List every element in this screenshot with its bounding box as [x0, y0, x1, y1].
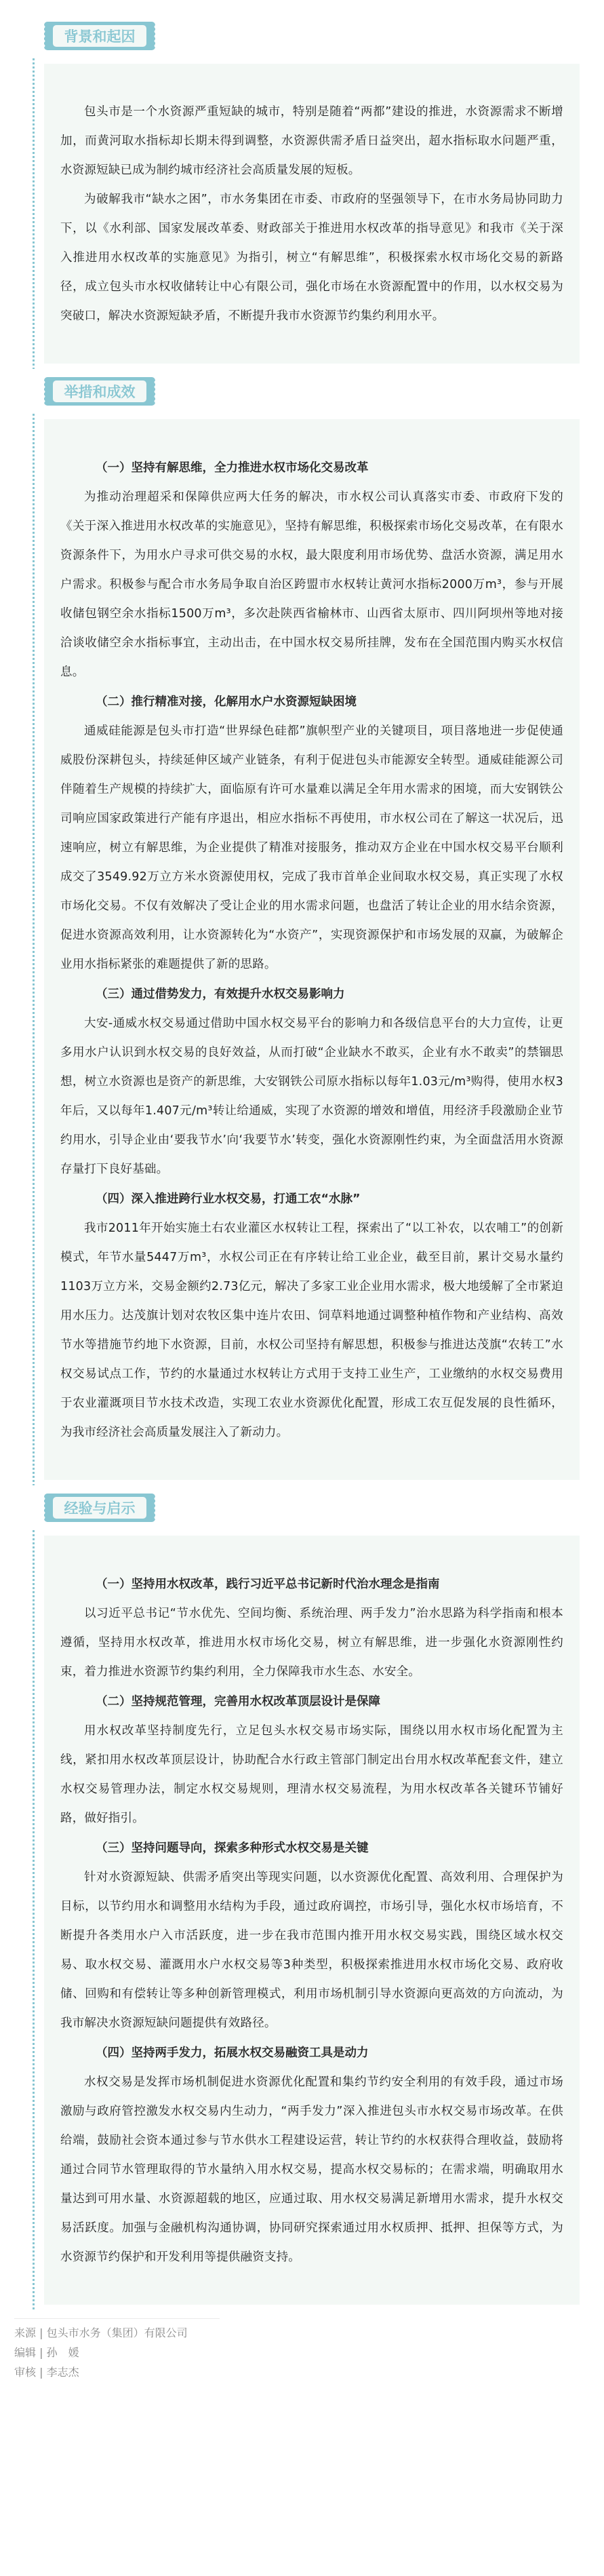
source-credit: 来源 | 包头市水务（集团）有限公司	[14, 2323, 220, 2343]
subheading: （三）通过借势发力，有效提升水权交易影响力	[60, 981, 563, 1008]
dotted-divider	[33, 414, 35, 1485]
paragraph: 通威硅能源是包头市打造“世界绿色硅都”旗帜型产业的关键项目，项目落地进一步促使通…	[60, 717, 563, 979]
paragraph: 用水权改革坚持制度先行，立足包头水权交易市场实际，围绕以用水权市场化配置为主线，…	[60, 1717, 563, 1833]
section-measures: 举措和成效 （一）坚持有解思维，全力推进水权市场化交易改革 为推动治理超采和保障…	[0, 377, 604, 1480]
section-title: 举措和成效	[64, 381, 136, 402]
ticket-badge-icon: 举措和成效	[44, 377, 155, 406]
paragraph: 以习近平总书记“节水优先、空间均衡、系统治理、两手发力”治水思路为科学指南和根本…	[60, 1599, 563, 1687]
reviewer-credit: 审核 | 李志杰	[14, 2362, 220, 2382]
paragraph: 为破解我市“缺水之困”，市水务集团在市委、市政府的坚强领导下，在市水务局协同助力…	[60, 185, 563, 331]
paragraph: 为推动治理超采和保障供应两大任务的解决，市水权公司认真落实市委、市政府下发的《关…	[60, 483, 563, 687]
article: 背景和起因 包头市是一个水资源严重短缺的城市，特别是随着“两都”建设的推进，水资…	[0, 0, 604, 2402]
paragraph: 大安-通威水权交易通过借助中国水权交易平台的影响力和各级信息平台的大力宣传，让更…	[60, 1009, 563, 1184]
subheading: （四）坚持两手发力，拓展水权交易融资工具是动力	[60, 2040, 563, 2067]
section-badge: 举措和成效	[44, 377, 155, 406]
dotted-divider	[33, 1530, 35, 2310]
editor-credit: 编辑 | 孙 媛	[14, 2343, 220, 2362]
section-background: 背景和起因 包头市是一个水资源严重短缺的城市，特别是随着“两都”建设的推进，水资…	[0, 22, 604, 364]
paragraph: 我市2011年开始实施土右农业灌区水权转让工程，探索出了“以工补农，以农哺工”的…	[60, 1214, 563, 1447]
paragraph: 包头市是一个水资源严重短缺的城市，特别是随着“两都”建设的推进，水资源需求不断增…	[60, 98, 563, 185]
subheading: （二）推行精准对接，化解用水户水资源短缺困境	[60, 688, 563, 716]
section-title: 经验与启示	[64, 1498, 136, 1518]
section-badge: 经验与启示	[44, 1494, 155, 1522]
section-lessons: 经验与启示 （一）坚持用水权改革，践行习近平总书记新时代治水理念是指南 以习近平…	[0, 1494, 604, 2305]
subheading: （一）坚持用水权改革，践行习近平总书记新时代治水理念是指南	[60, 1571, 563, 1598]
subheading: （一）坚持有解思维，全力推进水权市场化交易改革	[60, 454, 563, 482]
section-title: 背景和起因	[64, 26, 136, 46]
section-content-box: （一）坚持有解思维，全力推进水权市场化交易改革 为推动治理超采和保障供应两大任务…	[44, 419, 580, 1480]
ticket-badge-icon: 背景和起因	[44, 22, 155, 50]
paragraph: 针对水资源短缺、供需矛盾突出等现实问题，以水资源优化配置、高效利用、合理保护为目…	[60, 1863, 563, 2038]
section-content-box: 包头市是一个水资源严重短缺的城市，特别是随着“两都”建设的推进，水资源需求不断增…	[44, 64, 580, 364]
ticket-badge-icon: 经验与启示	[44, 1494, 155, 1522]
subheading: （二）坚持规范管理，完善用水权改革顶层设计是保障	[60, 1688, 563, 1715]
subheading: （四）深入推进跨行业水权交易，打通工农“水脉”	[60, 1186, 563, 1213]
article-footer: 来源 | 包头市水务（集团）有限公司 编辑 | 孙 媛 审核 | 李志杰	[14, 2318, 220, 2382]
subheading: （三）坚持问题导向，探索多种形式水权交易是关键	[60, 1835, 563, 1862]
section-content-box: （一）坚持用水权改革，践行习近平总书记新时代治水理念是指南 以习近平总书记“节水…	[44, 1536, 580, 2305]
paragraph: 水权交易是发挥市场机制促进水资源优化配置和集约节约安全利用的有效手段，通过市场激…	[60, 2068, 563, 2272]
dotted-divider	[33, 58, 35, 369]
section-badge: 背景和起因	[44, 22, 155, 50]
